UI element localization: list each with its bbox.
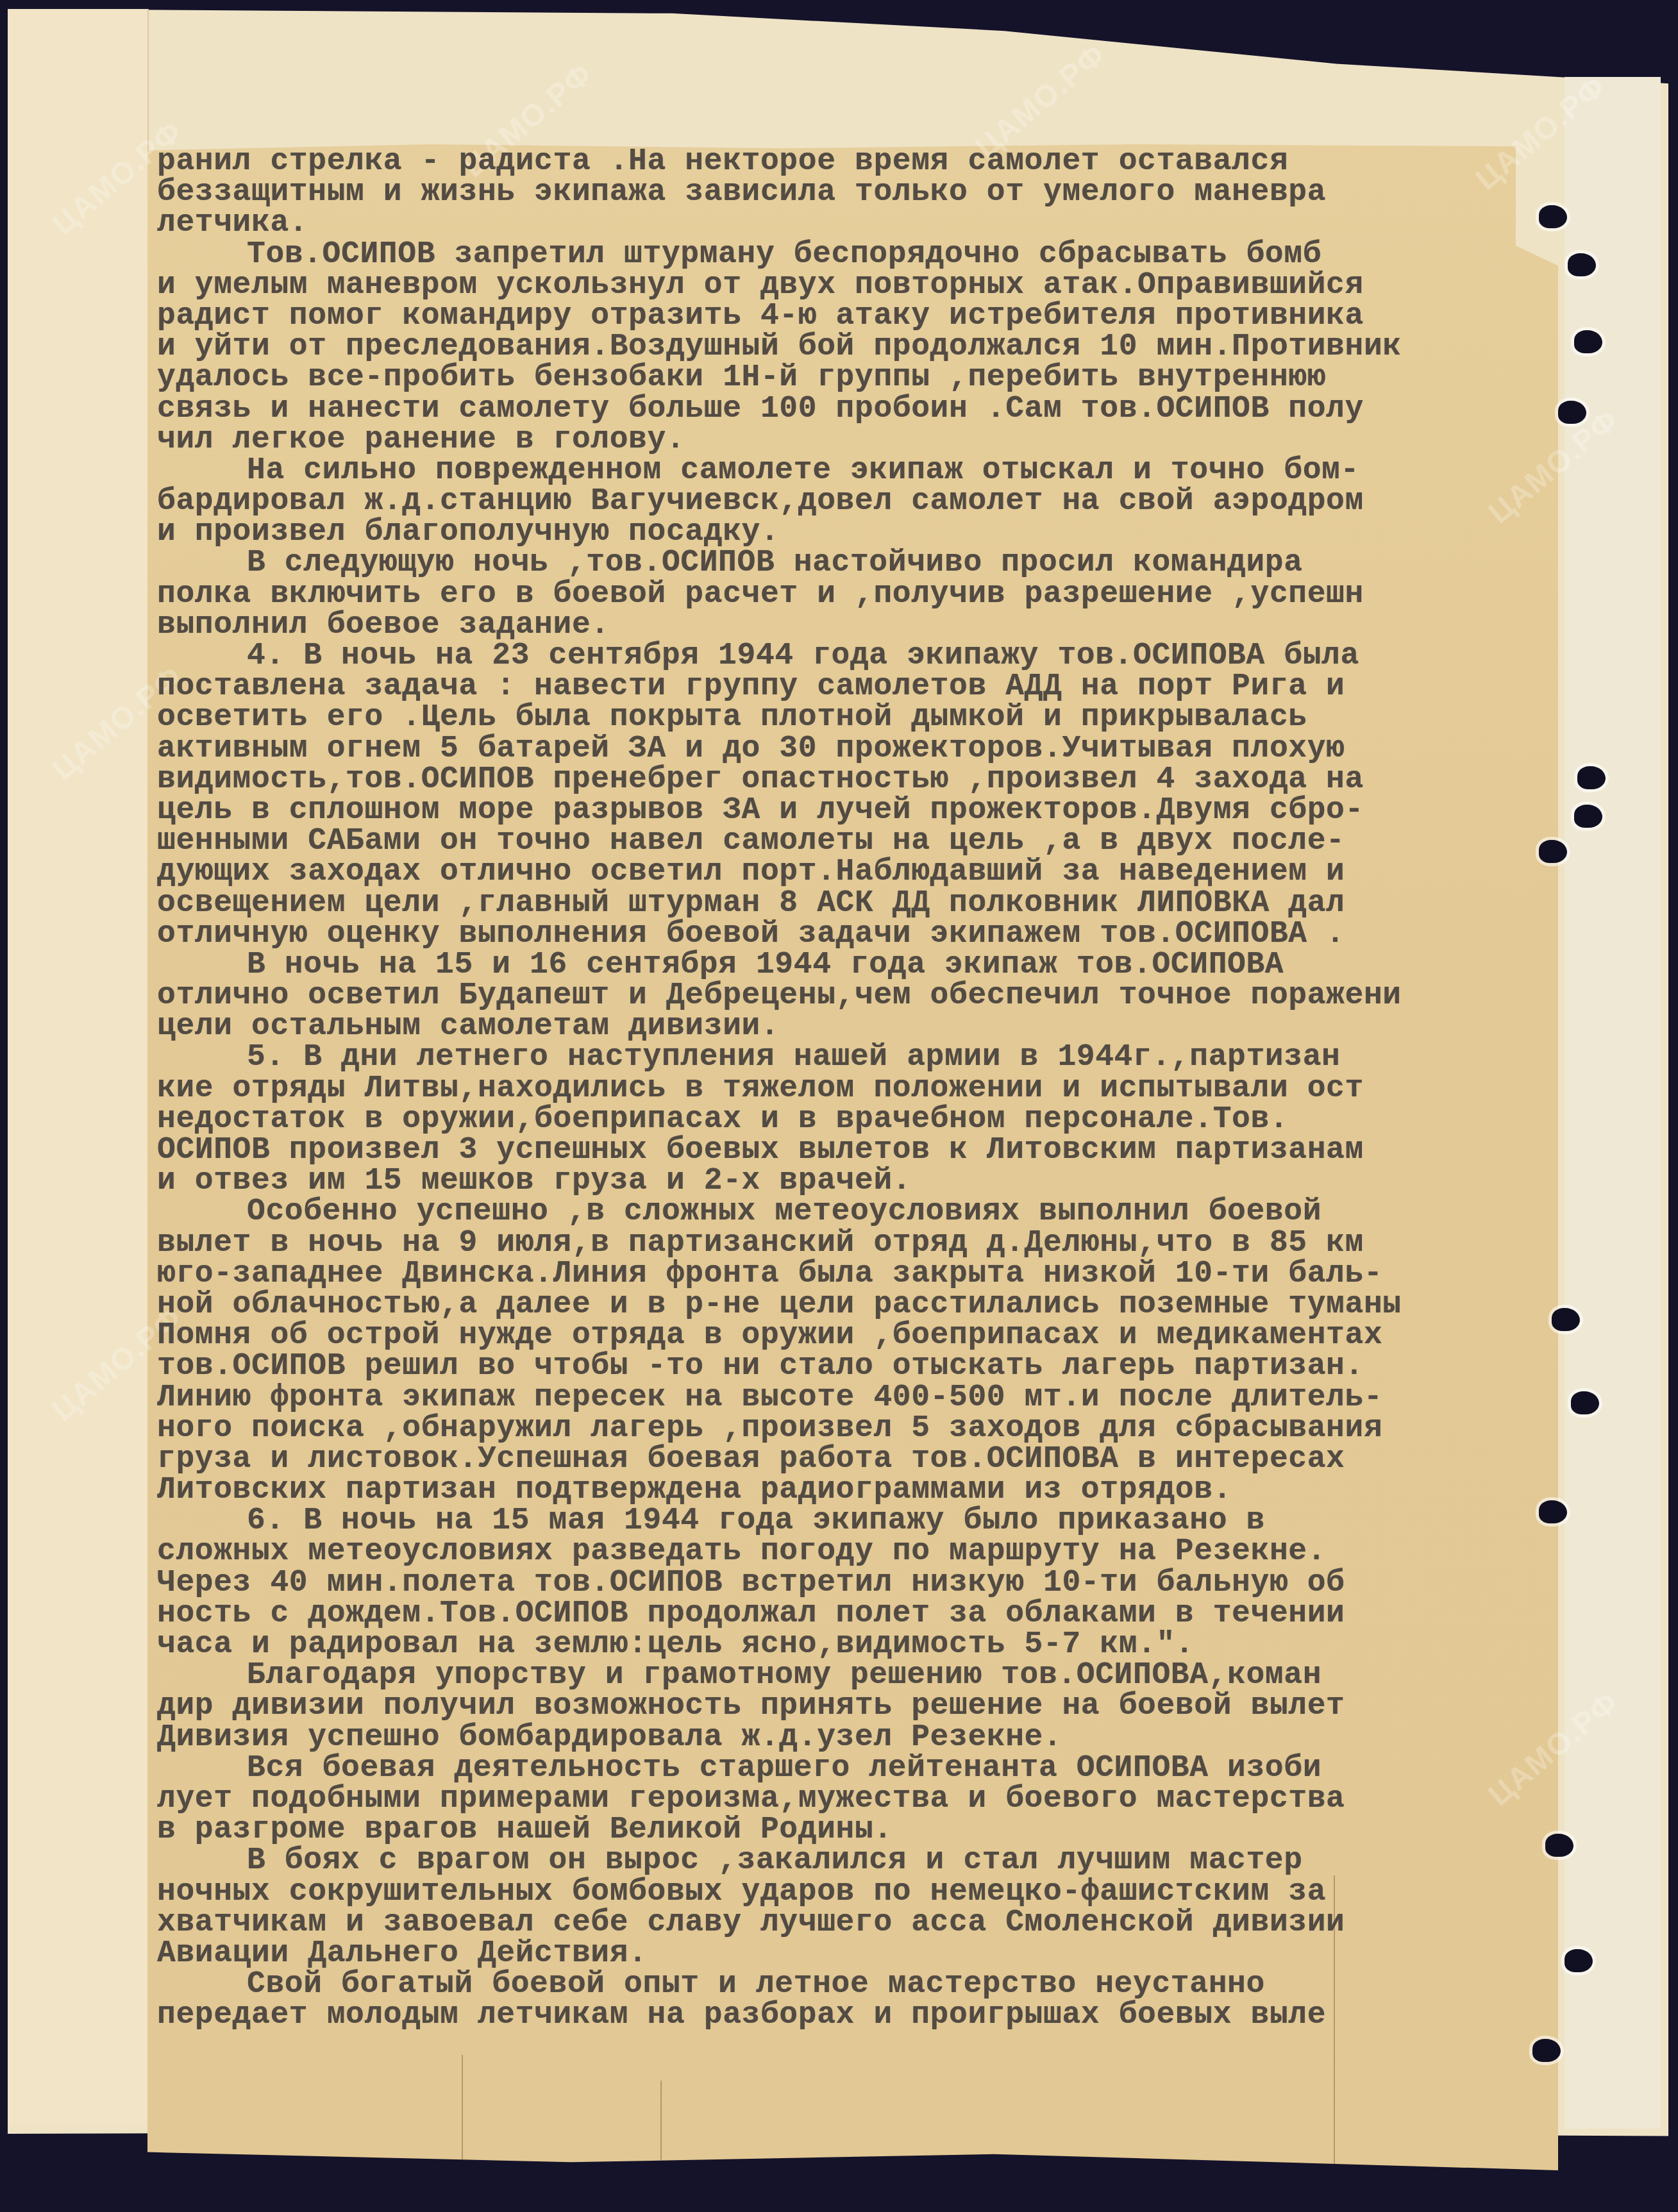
text-line: Линию фронта экипаж пересек на высоте 40… [157,1382,1574,1413]
text-line: Авиации Дальнего Действия. [157,1938,1574,1969]
text-line: и умелым маневром ускользнул от двух пов… [157,270,1574,301]
text-line: отличную оценку выполнения боевой задачи… [157,919,1574,950]
text-line: ранил стрелка - радиста .На некторое вре… [157,146,1574,177]
text-line: хватчикам и завоевал себе славу лучшего … [157,1907,1574,1938]
text-line: В боях с врагом он вырос ,закалился и ст… [157,1845,1574,1876]
paper-crease [462,2055,463,2170]
right-margin-strip [1565,77,1661,2129]
text-line: ОСИПОВ произвел 3 успешных боевых вылето… [157,1135,1574,1166]
paper-crease [660,2081,662,2170]
text-line: освещением цели ,главный штурман 8 АСК Д… [157,888,1574,919]
text-line: беззащитным и жизнь экипажа зависила тол… [157,177,1574,208]
text-line: В ночь на 15 и 16 сентября 1944 года эки… [157,950,1574,980]
punch-hole [1574,805,1602,828]
text-line: 5. В дни летнего наступления нашей армии… [157,1042,1574,1073]
text-line: ночных сокрушительных бомбовых ударов по… [157,1877,1574,1907]
text-line: летчика. [157,208,1574,239]
text-line: Дивизия успешно бомбардировала ж.д.узел … [157,1722,1574,1753]
punch-hole [1568,253,1596,276]
text-line: и уйти от преследования.Воздушный бой пр… [157,331,1574,362]
text-line: Особенно успешно ,в сложных метеоусловия… [157,1196,1574,1227]
text-line: В следующую ночь ,тов.ОСИПОВ настойчиво … [157,548,1574,578]
text-line: кие отряды Литвы,находились в тяжелом по… [157,1073,1574,1104]
text-line: радист помог командиру отразить 4-ю атак… [157,301,1574,331]
punch-hole [1552,1308,1580,1331]
text-line: отлично осветил Будапешт и Дебрецены,чем… [157,980,1574,1011]
text-line: полка включить его в боевой расчет и ,по… [157,579,1574,610]
left-margin-strip [8,9,149,2125]
punch-hole [1539,840,1567,863]
text-line: поставлена задача : навести группу самол… [157,671,1574,702]
text-line: выполнил боевое задание. [157,610,1574,641]
punch-hole [1577,766,1606,789]
text-line: цели остальным самолетам дивизии. [157,1011,1574,1042]
document-body-text: ранил стрелка - радиста .На некторое вре… [157,146,1574,2031]
text-line: шенными САБами он точно навел самолеты н… [157,826,1574,857]
text-line: в разгроме врагов нашей Великой Родины. [157,1814,1574,1845]
text-line: 6. В ночь на 15 мая 1944 года экипажу бы… [157,1505,1574,1536]
text-line: дир дивизии получил возможность принять … [157,1691,1574,1722]
punch-hole [1539,1500,1567,1523]
punch-hole [1571,1391,1599,1414]
text-line: бардировал ж.д.станцию Вагучиевск,довел … [157,486,1574,517]
text-line: активным огнем 5 батарей ЗА и до 30 прож… [157,733,1574,764]
punch-hole [1545,1834,1573,1857]
text-line: ной облачностью,а далее и в р-не цели ра… [157,1289,1574,1320]
text-line: часа и радировал на землю:цель ясно,види… [157,1629,1574,1660]
punch-hole [1565,1949,1593,1972]
text-line: Тов.ОСИПОВ запретил штурману беспорядочн… [157,239,1574,270]
text-line: недостаток в оружии,боеприпасах и в врач… [157,1104,1574,1135]
text-line: Свой богатый боевой опыт и летное мастер… [157,1969,1574,2000]
text-line: Вся боевая деятельность старшего лейтена… [157,1753,1574,1784]
text-line: цель в сплошном море разрывов ЗА и лучей… [157,795,1574,826]
text-line: Помня об острой нужде отряда в оружии ,б… [157,1320,1574,1351]
text-line: видимость,тов.ОСИПОВ пренебрег опастност… [157,764,1574,795]
text-line: и отвез им 15 мешков груза и 2-х врачей. [157,1166,1574,1196]
text-line: груза и листовок.Успешная боевая работа … [157,1444,1574,1475]
text-line: Литовских партизан подтверждена радиогра… [157,1475,1574,1505]
punch-hole [1558,401,1586,424]
text-line: дующих заходах отлично осветил порт.Набл… [157,857,1574,887]
text-line: Через 40 мин.полета тов.ОСИПОВ встретил … [157,1568,1574,1598]
punch-hole [1574,330,1602,353]
punch-hole [1539,205,1567,228]
text-line: связь и нанести самолету больше 100 проб… [157,394,1574,424]
text-line: Благодаря упорству и грамотному решению … [157,1660,1574,1691]
text-line: ного поиска ,обнаружил лагерь ,произвел … [157,1413,1574,1444]
text-line: удалось все-пробить бензобаки 1Н-й групп… [157,362,1574,393]
text-line: тов.ОСИПОВ решил во чтобы -то ни стало о… [157,1351,1574,1382]
text-line: юго-западнее Двинска.Линия фронта была з… [157,1259,1574,1289]
text-line: 4. В ночь на 23 сентября 1944 года экипа… [157,641,1574,671]
text-line: На сильно поврежденном самолете экипаж о… [157,455,1574,486]
text-line: лует подобными примерами героизма,мужест… [157,1784,1574,1814]
text-line: вылет в ночь на 9 июля,в партизанский от… [157,1228,1574,1259]
text-line: и произвел благополучную посадку. [157,517,1574,548]
text-line: сложных метеоусловиях разведать погоду п… [157,1536,1574,1567]
text-line: чил легкое ранение в голову. [157,424,1574,455]
text-line: ность с дождем.Тов.ОСИПОВ продолжал поле… [157,1598,1574,1629]
punch-hole [1532,2039,1561,2062]
text-line: передает молодым летчикам на разборах и … [157,2000,1574,2031]
text-line: осветить его .Цель была покрыта плотной … [157,702,1574,733]
